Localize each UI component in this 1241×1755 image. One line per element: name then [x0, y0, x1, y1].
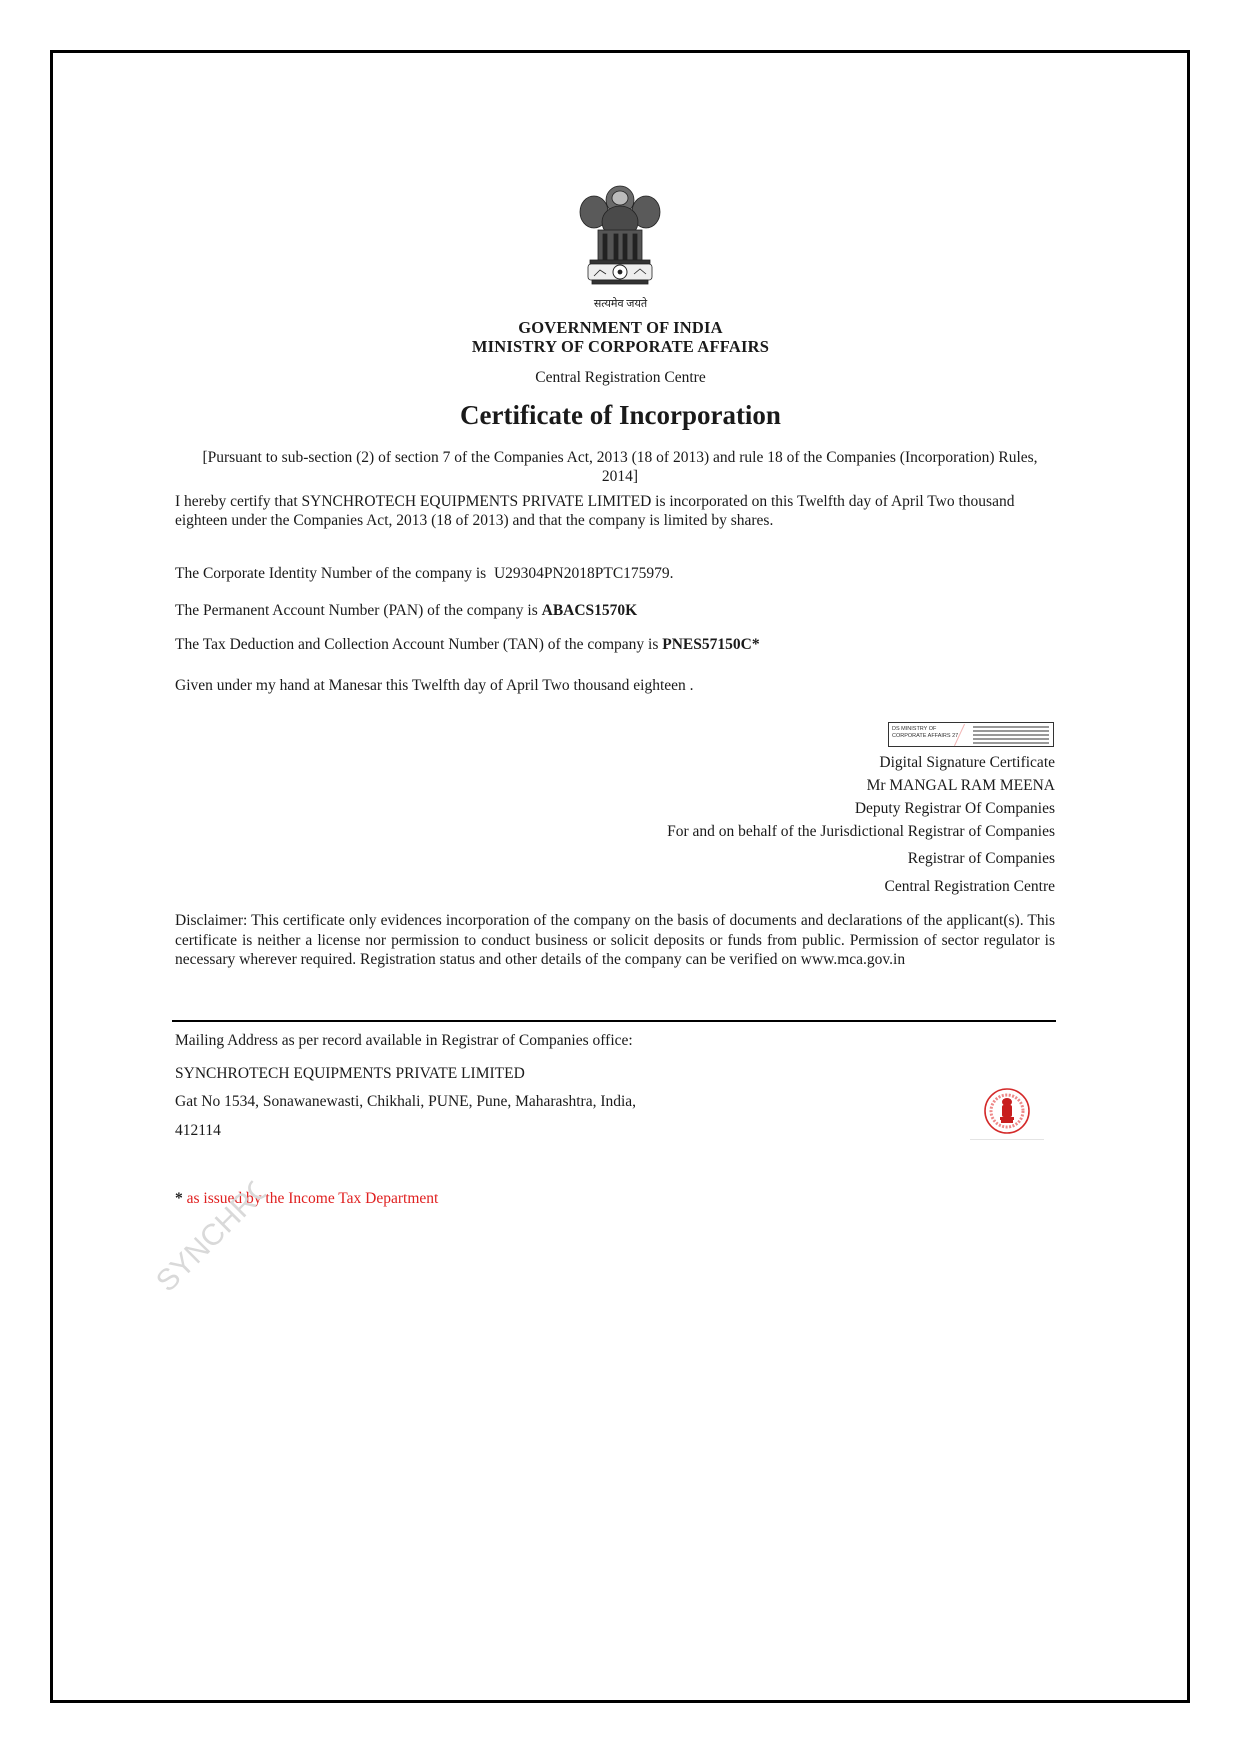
pursuant-clause: [Pursuant to sub-section (2) of section … — [190, 448, 1050, 486]
cin-label: The Corporate Identity Number of the com… — [175, 565, 486, 582]
emblem-motto: सत्यमेव जयते — [0, 296, 1241, 311]
mailing-pincode: 412114 — [175, 1122, 221, 1140]
cin-line: The Corporate Identity Number of the com… — [175, 565, 674, 583]
on-behalf-line: For and on behalf of the Jurisdictional … — [667, 823, 1055, 841]
tan-label: The Tax Deduction and Collection Account… — [175, 636, 658, 653]
mailing-company-name: SYNCHROTECH EQUIPMENTS PRIVATE LIMITED — [175, 1065, 525, 1083]
signatory-designation: Deputy Registrar Of Companies — [855, 800, 1055, 818]
registrar-line: Registrar of Companies — [908, 850, 1055, 868]
divider — [172, 1020, 1056, 1022]
certification-statement: I hereby certify that SYNCHROTECH EQUIPM… — [175, 492, 1055, 530]
mailing-address-label: Mailing Address as per record available … — [175, 1032, 633, 1050]
page-title: Certificate of Incorporation — [0, 400, 1241, 431]
registration-centre-line: Central Registration Centre — [885, 878, 1055, 896]
disclaimer-text: Disclaimer: This certificate only eviden… — [175, 911, 1055, 970]
government-heading: GOVERNMENT OF INDIA — [0, 318, 1241, 337]
stamp-text: DS MINISTRY OF CORPORATE AFFAIRS 27 — [892, 726, 958, 740]
pan-line: The Permanent Account Number (PAN) of th… — [175, 602, 637, 620]
centre-name: Central Registration Centre — [0, 369, 1241, 387]
pan-label: The Permanent Account Number (PAN) of th… — [175, 602, 538, 619]
tan-footnote: * as issued by the Income Tax Department — [175, 1190, 438, 1208]
tan-value: PNES57150C* — [662, 636, 759, 653]
stamp-fine-print — [973, 726, 1049, 746]
footnote-marker: * — [175, 1190, 183, 1207]
ministry-seal-icon — [970, 1080, 1044, 1142]
mailing-address: Gat No 1534, Sonawanewasti, Chikhali, PU… — [175, 1093, 636, 1111]
national-emblem-icon — [570, 178, 670, 306]
ministry-heading: MINISTRY OF CORPORATE AFFAIRS — [0, 337, 1241, 356]
signature-label: Digital Signature Certificate — [879, 754, 1055, 772]
pan-value: ABACS1570K — [542, 602, 638, 619]
seal-underline — [970, 1139, 1044, 1140]
tan-line: The Tax Deduction and Collection Account… — [175, 636, 760, 654]
signatory-name: Mr MANGAL RAM MEENA — [867, 777, 1055, 795]
digital-signature-stamp: DS MINISTRY OF CORPORATE AFFAIRS 27 — [888, 722, 1054, 747]
given-statement: Given under my hand at Manesar this Twel… — [175, 677, 694, 695]
cin-value: U29304PN2018PTC175979. — [494, 565, 674, 582]
